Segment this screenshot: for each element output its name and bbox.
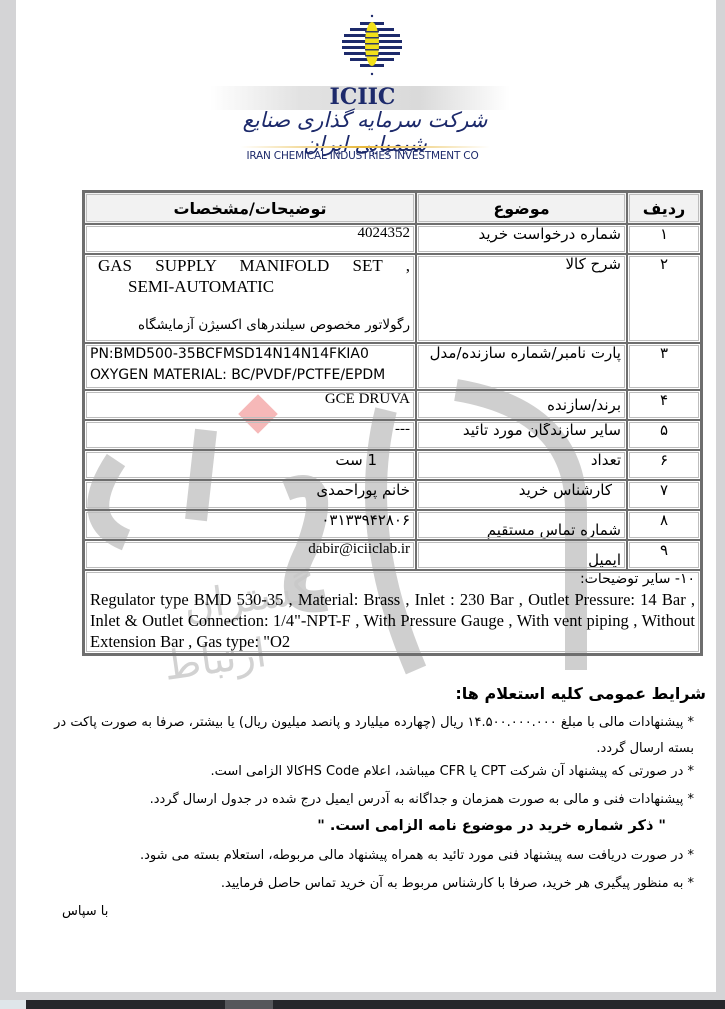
header-subject: موضوع <box>416 192 627 224</box>
row-subject: پارت نامبر/شماره سازنده/مدل <box>416 343 627 390</box>
row-subject: شماره تماس مستقیم <box>416 510 627 540</box>
item-description-fa: رگولاتور مخصوص سیلندرهای اکسیژن آزمایشگا… <box>90 317 410 333</box>
row-subject: برند/سازنده <box>416 390 627 420</box>
table-row: ۵ سایر سازندگان مورد تائید --- <box>84 420 701 450</box>
header-index: ردیف <box>627 192 701 224</box>
oxygen-material: OXYGEN MATERIAL: BC/PVDF/PCTFE/EPDM <box>90 365 410 386</box>
condition-item: * پیشنهادات مالی با مبلغ ۱۴.۵۰۰.۰۰۰.۰۰۰ … <box>30 710 706 762</box>
notes-cell: ۱۰- سایر توضیحات: Regulator type BMD 530… <box>84 570 701 654</box>
start-button[interactable] <box>0 1000 26 1009</box>
direct-phone-value: ۰۳۱۳۳۹۴۲۸۰۶ <box>84 510 416 540</box>
table-row: ۹ ایمیل dabir@iciiclab.ir <box>84 540 701 570</box>
condition-item: * پیشنهادات فنی و مالی به صورت همزمان و … <box>30 792 706 807</box>
part-number-cell: PN:BMD500-35BCFMSD14N14N14FKIA0 OXYGEN M… <box>84 343 416 390</box>
closing-text: با سپاس <box>62 904 108 919</box>
notes-text: Regulator type BMD 530-35 , Material: Br… <box>90 589 695 652</box>
spec-table: ردیف موضوع توضیحات/مشخصات ۱ شماره درخواس… <box>82 190 703 656</box>
table-row: ۲ شرح کالا GAS SUPPLY MANIFOLD SET , SEM… <box>84 254 701 343</box>
row-subject: شرح کالا <box>416 254 627 343</box>
condition-item: * به منظور پیگیری هر خرید، صرفا با کارشن… <box>30 876 706 891</box>
row-index: ۹ <box>627 540 701 570</box>
brand-value: GCE DRUVA <box>84 390 416 420</box>
row-index: ۲ <box>627 254 701 343</box>
table-row: ۳ پارت نامبر/شماره سازنده/مدل PN:BMD500-… <box>84 343 701 390</box>
row-subject: تعداد <box>416 450 627 480</box>
condition-item-emphasis: " ذکر شماره خرید در موضوع نامه الزامی اس… <box>30 818 706 834</box>
logo-company-name-fa: شرکت سرمایه گذاری صنایع شیمیایی ایران <box>230 108 500 156</box>
table-row: ۶ تعداد 1 ست <box>84 450 701 480</box>
logo-company-name-en: IRAN CHEMICAL INDUSTRIES INVESTMENT CO <box>0 150 725 162</box>
company-logo-icon <box>340 12 404 84</box>
row-subject: شماره درخواست خرید <box>416 224 627 254</box>
item-description-cell: GAS SUPPLY MANIFOLD SET , SEMI-AUTOMATIC… <box>84 254 416 343</box>
row-index: ۴ <box>627 390 701 420</box>
logo-underline <box>240 146 490 148</box>
conditions-title: شرایط عمومی کلیه استعلام ها: <box>30 684 706 703</box>
table-row-notes: ۱۰- سایر توضیحات: Regulator type BMD 530… <box>84 570 701 654</box>
taskbar-item[interactable] <box>225 1000 273 1009</box>
quantity-value: 1 ست <box>84 450 416 480</box>
condition-item: * در صورتی که پیشنهاد آن شرکت CPT یا CFR… <box>30 764 706 779</box>
part-number: PN:BMD500-35BCFMSD14N14N14FKIA0 <box>90 344 410 365</box>
row-index: ۷ <box>627 480 701 510</box>
table-row: ۴ برند/سازنده GCE DRUVA <box>84 390 701 420</box>
row-index: ۳ <box>627 343 701 390</box>
row-index: ۱ <box>627 224 701 254</box>
table-row: ۷ کارشناس خرید خانم پوراحمدی <box>84 480 701 510</box>
row-subject: سایر سازندگان مورد تائید <box>416 420 627 450</box>
item-description-en-1: GAS SUPPLY MANIFOLD SET , <box>90 255 410 276</box>
email-link[interactable]: dabir@iciiclab.ir <box>84 540 416 570</box>
row-subject: ایمیل <box>416 540 627 570</box>
row-index: ۸ <box>627 510 701 540</box>
taskbar <box>0 1000 725 1009</box>
purchase-expert-value: خانم پوراحمدی <box>84 480 416 510</box>
header-details: توضیحات/مشخصات <box>84 192 416 224</box>
purchase-request-number: 4024352 <box>84 224 416 254</box>
row-index: ۶ <box>627 450 701 480</box>
row-index: ۵ <box>627 420 701 450</box>
table-header-row: ردیف موضوع توضیحات/مشخصات <box>84 192 701 224</box>
table-row: ۸ شماره تماس مستقیم ۰۳۱۳۳۹۴۲۸۰۶ <box>84 510 701 540</box>
row-subject: کارشناس خرید <box>416 480 627 510</box>
notes-label: ۱۰- سایر توضیحات: <box>90 571 695 587</box>
logo-abbreviation: ICIIC <box>0 84 725 110</box>
table-row: ۱ شماره درخواست خرید 4024352 <box>84 224 701 254</box>
item-description-en-2: SEMI-AUTOMATIC <box>90 276 410 297</box>
other-manufacturers-value: --- <box>84 420 416 450</box>
condition-item: * در صورت دریافت سه پیشنهاد فنی مورد تائ… <box>30 848 706 863</box>
